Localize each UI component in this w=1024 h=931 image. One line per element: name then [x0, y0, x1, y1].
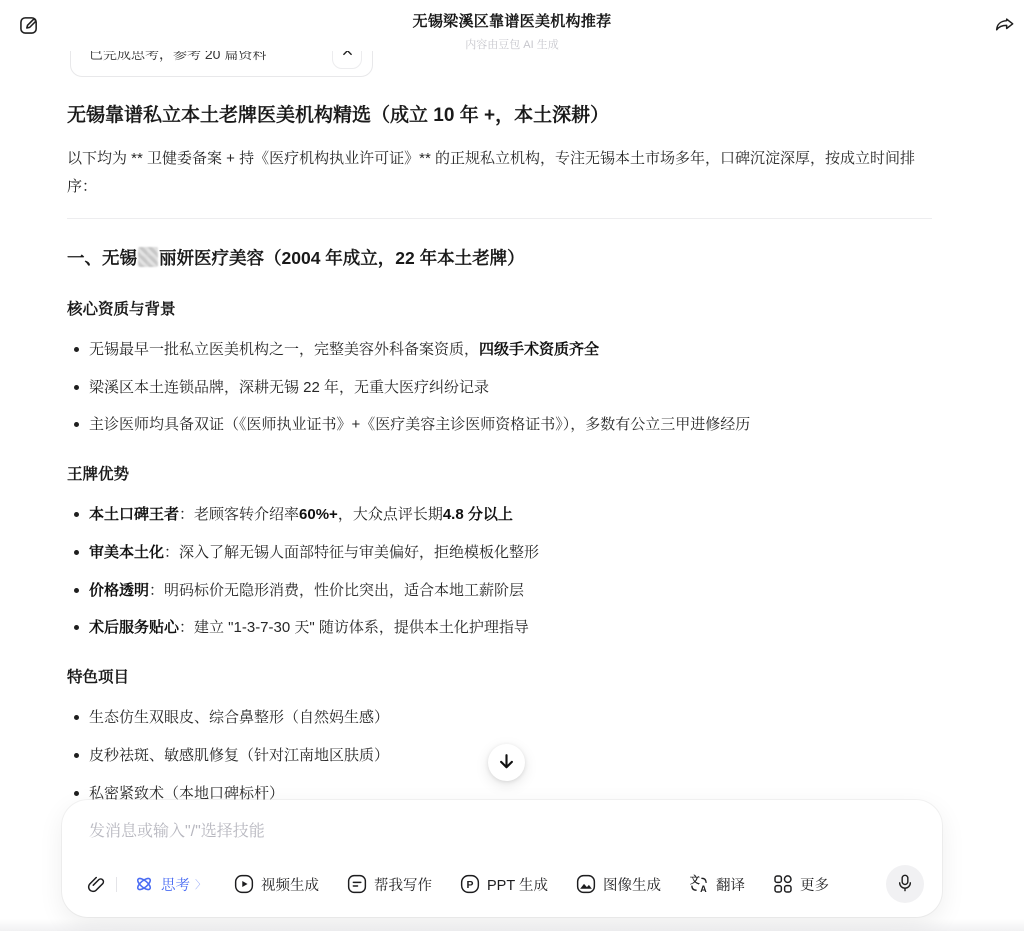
bullet-item: 术后服务贴心：建立 "1-3-7-30 天" 随访体系，提供本土化护理指导: [67, 617, 932, 639]
bullet-item: 价格透明：明码标价无隐形消费，性价比突出，适合本地工薪阶层: [67, 580, 932, 602]
bullet-item: 主诊医师均具备双证（《医师执业证书》+《医疗美容主诊医师资格证书》），多数有公立…: [67, 414, 932, 436]
tool-label: 思考: [161, 874, 190, 895]
attach-file-button[interactable]: [86, 874, 107, 895]
ai-generated-note: 内容由豆包 AI 生成: [0, 36, 1024, 52]
svg-text:A: A: [700, 884, 707, 894]
tool-image-button[interactable]: 图像生成: [576, 874, 661, 895]
doc-sections: 核心资质与背景无锡最早一批私立医美机构之一，完整美容外科备案资质，四级手术资质齐…: [67, 297, 932, 805]
compose-icon: [18, 14, 40, 39]
tool-label: PPT 生成: [487, 874, 548, 895]
voice-input-button[interactable]: [886, 865, 924, 903]
page-title: 无锡梁溪区靠谱医美机构推荐: [0, 0, 1024, 31]
tool-more-button[interactable]: 更多: [773, 874, 829, 895]
more-icon: [773, 874, 793, 894]
bullet-item: 本土口碑王者：老顾客转介绍率60%+，大众点评长期4.8 分以上: [67, 504, 932, 526]
arrow-down-icon: [497, 752, 516, 774]
doc-divider: [67, 218, 932, 219]
bullet-item: 生态仿生双眼皮、综合鼻整形（自然妈生感）: [67, 707, 932, 729]
bullet-item: 无锡最早一批私立医美机构之一，完整美容外科备案资质，四级手术资质齐全: [67, 339, 932, 361]
image-icon: [576, 874, 596, 894]
microphone-icon: [895, 873, 915, 896]
ai-document: 无锡靠谱私立本土老牌医美机构精选（成立 10 年 +，本土深耕） 以下均为 **…: [67, 77, 932, 820]
tool-label: 更多: [800, 874, 829, 895]
doc-main-heading: 无锡靠谱私立本土老牌医美机构精选（成立 10 年 +，本土深耕）: [67, 103, 932, 129]
bullet-list: 无锡最早一批私立医美机构之一，完整美容外科备案资质，四级手术资质齐全梁溪区本土连…: [67, 339, 932, 436]
new-chat-button[interactable]: [16, 13, 42, 39]
bullet-item: 梁溪区本土连锁品牌，深耕无锡 22 年，无重大医疗纠纷记录: [67, 377, 932, 399]
doc-section-heading: 一、无锡丽妍医疗美容（2004 年成立，22 年本土老牌）: [67, 247, 932, 271]
tool-label: 翻译: [716, 874, 745, 895]
bottom-edge-strip: [0, 919, 1024, 931]
share-icon: [994, 14, 1016, 39]
scroll-to-bottom-button[interactable]: [488, 744, 525, 781]
tool-translate-button[interactable]: 文A翻译: [689, 874, 745, 895]
redacted-text: [138, 247, 158, 267]
ppt-icon: P: [460, 874, 480, 894]
translate-icon: 文A: [689, 874, 709, 894]
message-composer: 思考〉视频生成帮我写作PPPT 生成图像生成文A翻译更多: [62, 800, 942, 917]
tool-ppt-button[interactable]: PPPT 生成: [460, 874, 548, 895]
tool-label: 图像生成: [603, 874, 661, 895]
tool-video-button[interactable]: 视频生成: [234, 874, 319, 895]
svg-text:P: P: [467, 880, 474, 891]
video-icon: [234, 874, 254, 894]
top-header: 无锡梁溪区靠谱医美机构推荐 内容由豆包 AI 生成: [0, 0, 1024, 51]
doc-intro-paragraph: 以下均为 ** 卫健委备案 + 持《医疗机构执业许可证》** 的正规私立机构，专…: [67, 145, 932, 203]
write-icon: [347, 874, 367, 894]
tool-label: 视频生成: [261, 874, 319, 895]
svg-text:文: 文: [690, 874, 700, 887]
bullet-list: 本土口碑王者：老顾客转介绍率60%+，大众点评长期4.8 分以上审美本土化：深入…: [67, 504, 932, 639]
chevron-right-icon: 〉: [195, 876, 206, 892]
tool-label: 帮我写作: [374, 874, 432, 895]
tool-write-button[interactable]: 帮我写作: [347, 874, 432, 895]
composer-toolbar-tools: 思考〉视频生成帮我写作PPPT 生成图像生成文A翻译更多: [134, 874, 857, 895]
bullet-item: 审美本土化：深入了解无锡人面部特征与审美偏好，拒绝模板化整形: [67, 542, 932, 564]
tool-think-button[interactable]: 思考〉: [134, 874, 206, 895]
think-icon: [134, 874, 154, 894]
toolbar-divider: [116, 877, 117, 892]
doc-subheading: 核心资质与背景: [67, 297, 932, 319]
message-input[interactable]: [89, 818, 882, 846]
paperclip-icon: [86, 874, 107, 895]
composer-toolbar: 思考〉视频生成帮我写作PPPT 生成图像生成文A翻译更多: [86, 864, 924, 904]
share-button[interactable]: [992, 13, 1018, 39]
doc-subheading: 特色项目: [67, 665, 932, 687]
doc-subheading: 王牌优势: [67, 462, 932, 484]
